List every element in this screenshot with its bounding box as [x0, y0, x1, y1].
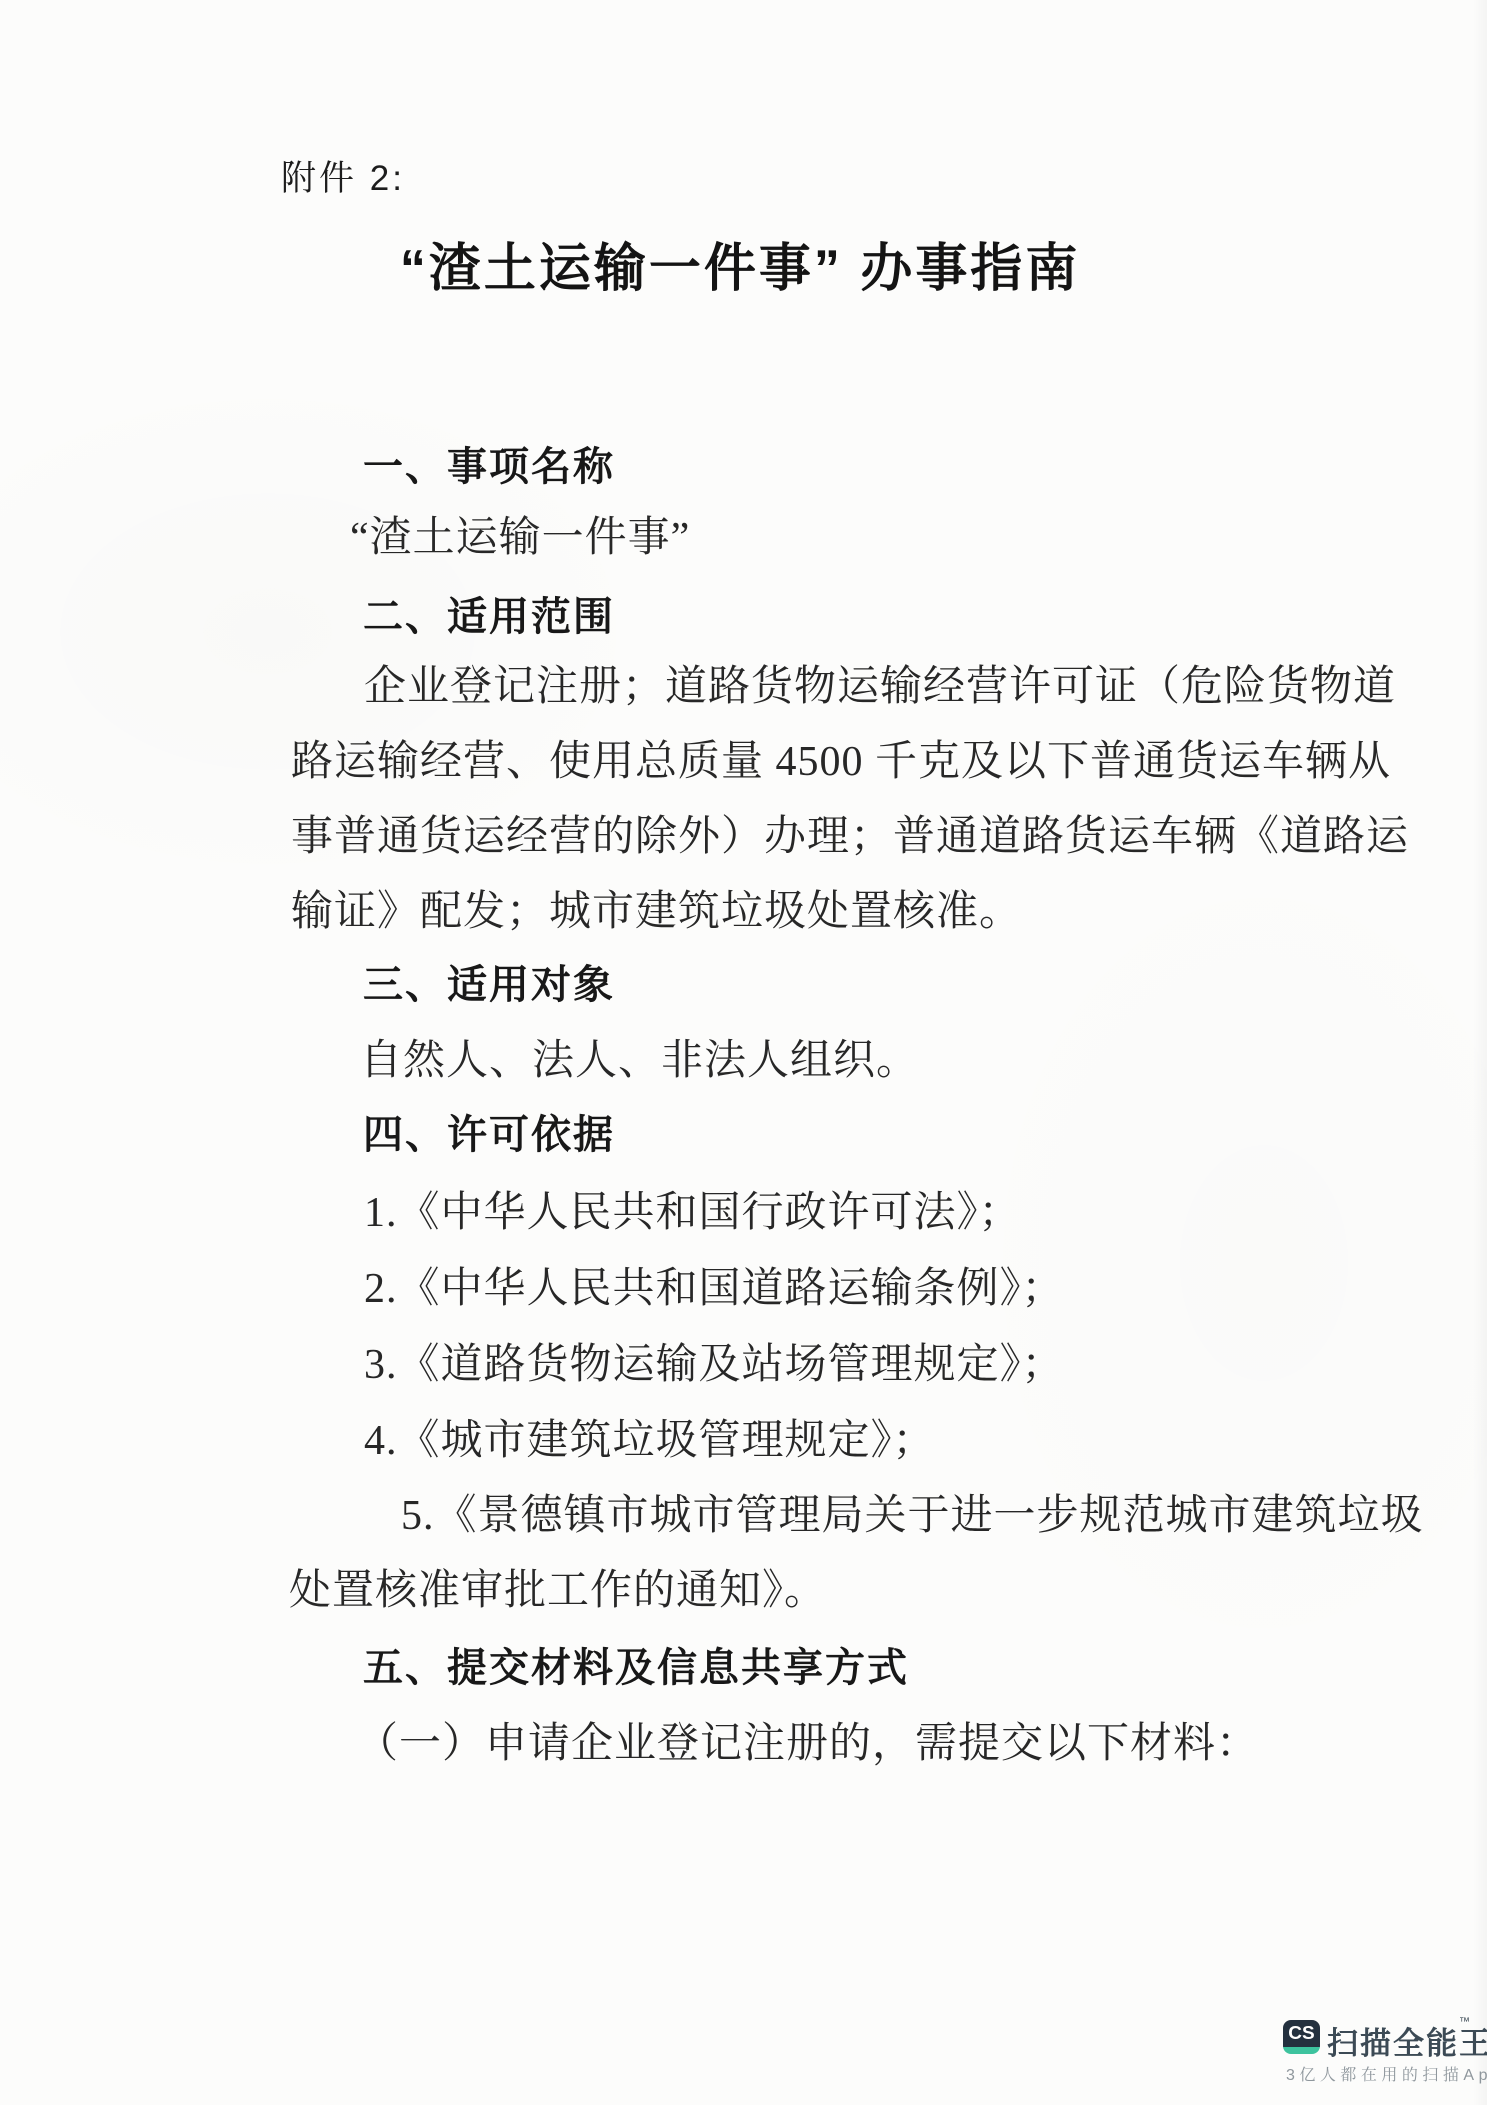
section-2-line-1: 企业登记注册；道路货物运输经营许可证（危险货物道	[364, 666, 1396, 708]
section-1-heading: 一、事项名称	[363, 447, 615, 487]
section-3-body: 自然人、法人、非法人组织。	[360, 1040, 919, 1082]
camscanner-logo-accent-bar	[1283, 2047, 1320, 2054]
camscanner-logo-cs-badge: CS	[1283, 2020, 1320, 2047]
legal-basis-item-2: 2.《中华人民共和国道路运输条例》；	[364, 1268, 1065, 1310]
section-2-line-3: 事普通货运经营的除外）办理；普通道路货运车辆《道路运	[291, 816, 1409, 858]
scan-edge-shadow	[1473, 0, 1487, 2105]
document-title: “渣土运输一件事” 办事指南	[400, 243, 1080, 295]
legal-basis-item-4: 4.《城市建筑垃圾管理规定》；	[364, 1420, 936, 1462]
section-5-heading: 五、提交材料及信息共享方式	[363, 1648, 909, 1688]
camscanner-logo-icon: CS	[1283, 2020, 1320, 2054]
scanned-document-page: { "document": { "attachment_label": "附件 …	[0, 0, 1487, 2105]
trademark-symbol: ™	[1459, 2016, 1470, 2028]
legal-basis-item-1: 1.《中华人民共和国行政许可法》；	[364, 1192, 1022, 1234]
camscanner-logo-text: CS	[1288, 2023, 1314, 2044]
camscanner-tagline: 3亿人都在用的扫描App	[1286, 2062, 1487, 2085]
legal-basis-item-5: 5.《景德镇市城市管理局关于进一步规范城市建筑垃圾	[401, 1495, 1424, 1537]
section-1-body: “渣土运输一件事”	[350, 517, 690, 559]
section-5-body: （一）申请企业登记注册的，需提交以下材料：	[356, 1723, 1259, 1765]
section-2-line-2: 路运输经营、使用总质量 4500 千克及以下普通货运车辆从	[291, 741, 1391, 783]
section-4-heading: 四、许可依据	[363, 1115, 615, 1155]
section-2-line-4: 输证》配发；城市建筑垃圾处置核准。	[291, 891, 1022, 933]
section-2-heading: 二、适用范围	[363, 597, 615, 637]
legal-basis-item-3: 3.《道路货物运输及站场管理规定》；	[364, 1344, 1065, 1386]
legal-basis-item-5-wrap: 处置核准审批工作的通知》。	[289, 1570, 827, 1612]
section-3-heading: 三、适用对象	[363, 965, 615, 1005]
attachment-label: 附件 2:	[281, 161, 405, 196]
